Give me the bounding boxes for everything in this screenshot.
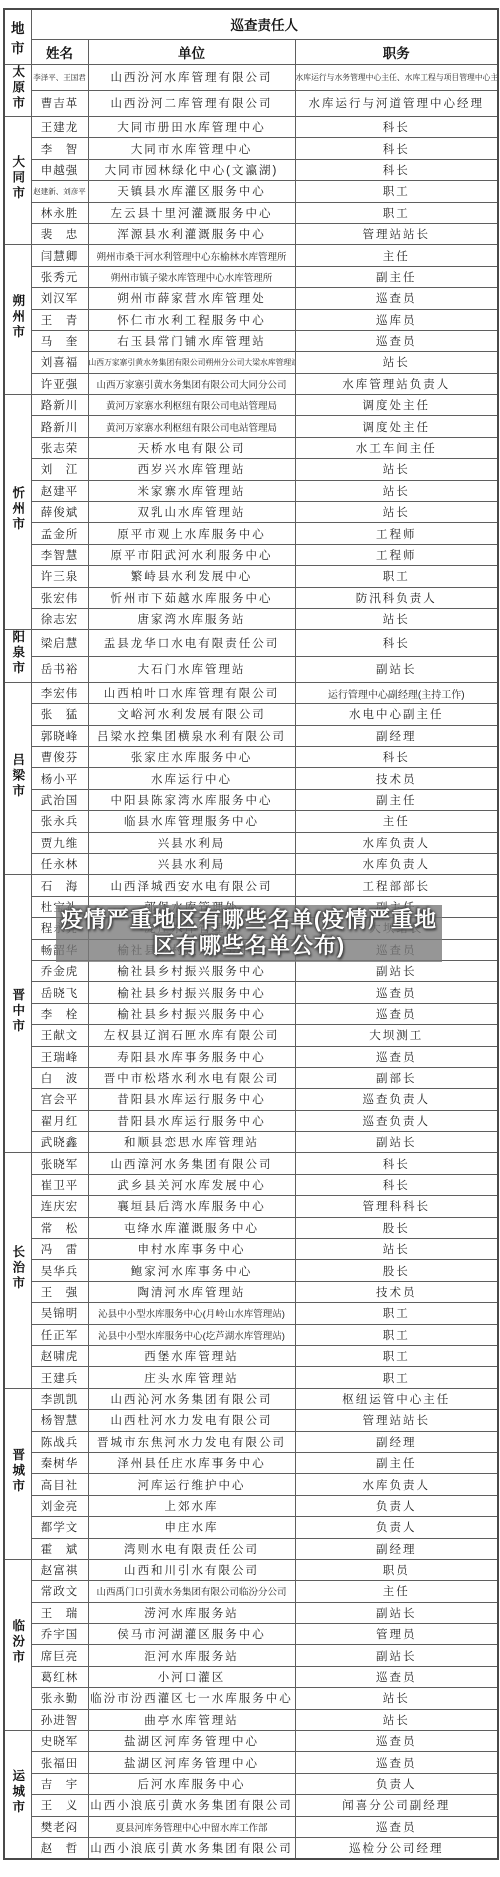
cell-unit: 山西和川引水有限公司 bbox=[88, 1559, 295, 1580]
cell-position: 站长 bbox=[295, 1709, 498, 1730]
table-row: 张宏伟忻州市下茹越水库服务中心防汛科负责人 bbox=[4, 587, 498, 608]
table-row: 郭晓峰吕梁水控集团横泉水利有限公司副经理 bbox=[4, 725, 498, 746]
cell-position: 防汛科负责人 bbox=[295, 587, 498, 608]
table-row: 翟月红昔阳县水库运行服务中心巡查负责人 bbox=[4, 1110, 498, 1131]
cell-position: 巡检分公司经理 bbox=[295, 1837, 498, 1858]
cell-position: 巡查员 bbox=[295, 1731, 498, 1752]
table-row: 路新川黄河万家寨水利枢纽有限公司电站管理局调度处主任 bbox=[4, 416, 498, 437]
cell-unit: 河库运行维护中心 bbox=[88, 1474, 295, 1495]
table-row: 常 松屯绛水库灌溉服务中心股长 bbox=[4, 1217, 498, 1238]
cell-position: 水库运行与河道管理中心经理 bbox=[295, 90, 498, 116]
cell-name: 薛俊斌 bbox=[31, 502, 88, 523]
cell-name: 王 青 bbox=[31, 309, 88, 330]
table-row: 席巨亮洰河水库服务站副站长 bbox=[4, 1645, 498, 1666]
table-row: 刘汉军朔州市薛家营水库管理处巡查员 bbox=[4, 288, 498, 309]
cell-unit: 榆社县乡村振兴服务中心 bbox=[88, 960, 295, 981]
table-row: 张 猛文峪河水利发展有限公司水电中心副主任 bbox=[4, 704, 498, 725]
cell-name: 李凯凯 bbox=[31, 1388, 88, 1409]
cell-name: 常 松 bbox=[31, 1217, 88, 1238]
cell-name: 翟月红 bbox=[31, 1110, 88, 1131]
cell-position: 科长 bbox=[295, 117, 498, 138]
cell-position: 工程师 bbox=[295, 544, 498, 565]
cell-name: 梁启慧 bbox=[31, 630, 88, 656]
table-row: 临汾市赵富祺山西和川引水有限公司职员 bbox=[4, 1559, 498, 1580]
cell-position: 巡查员 bbox=[295, 1816, 498, 1837]
cell-position: 负责人 bbox=[295, 1495, 498, 1516]
cell-unit: 盐湖区河库务管理中心 bbox=[88, 1752, 295, 1773]
page: 地市 巡查责任人 姓名 单位 职务 太原市李泽平、王国君山西汾河水库管理有限公司… bbox=[0, 0, 500, 1877]
cell-position: 工程部部长 bbox=[295, 875, 498, 896]
table-row: 朔州市闫慧卿朔州市桑干河水利管理中心东榆林水库管理所主任 bbox=[4, 245, 498, 266]
cell-name: 岳晓飞 bbox=[31, 982, 88, 1003]
cell-name: 葛红林 bbox=[31, 1666, 88, 1687]
cell-name: 吴锦明 bbox=[31, 1303, 88, 1324]
cell-position: 管理站站长 bbox=[295, 1410, 498, 1431]
cell-name: 李 智 bbox=[31, 138, 88, 159]
cell-name: 杨智慧 bbox=[31, 1410, 88, 1431]
cell-name: 闫慧卿 bbox=[31, 245, 88, 266]
cell-unit: 张家庄水库服务中心 bbox=[88, 747, 295, 768]
cell-unit: 山西沁河水务集团有限公司 bbox=[88, 1388, 295, 1409]
cell-position: 站长 bbox=[295, 459, 498, 480]
cell-position: 副站长 bbox=[295, 1602, 498, 1623]
cell-position: 巡查员 bbox=[295, 330, 498, 351]
cell-position: 职工 bbox=[295, 1324, 498, 1345]
cell-name: 张永兵 bbox=[31, 811, 88, 832]
table-row: 冯 雷申村水库事务中心站长 bbox=[4, 1239, 498, 1260]
cell-unit: 侯马市河湖灌区服务中心 bbox=[88, 1624, 295, 1645]
city-label: 忻州市 bbox=[4, 395, 31, 630]
column-header-city: 地市 bbox=[4, 9, 31, 64]
table-row: 孟金所原平市观上水库服务中心工程师 bbox=[4, 523, 498, 544]
cell-position: 管理站站长 bbox=[295, 223, 498, 244]
cell-unit: 米家寨水库管理站 bbox=[88, 480, 295, 501]
cell-position: 闻喜分公司副经理 bbox=[295, 1795, 498, 1816]
cell-position: 大坝测工 bbox=[295, 1025, 498, 1046]
cell-position: 水库管理站负责人 bbox=[295, 373, 498, 394]
cell-position: 管理科科长 bbox=[295, 1196, 498, 1217]
cell-unit: 大同市册田水库管理中心 bbox=[88, 117, 295, 138]
cell-position: 巡查员 bbox=[295, 982, 498, 1003]
cell-name: 贾九维 bbox=[31, 832, 88, 853]
cell-unit: 兴县水利局 bbox=[88, 832, 295, 853]
cell-name: 张志荣 bbox=[31, 437, 88, 458]
table-row: 赵建平米家寨水库管理站站长 bbox=[4, 480, 498, 501]
cell-name: 赵富祺 bbox=[31, 1559, 88, 1580]
cell-name: 吴华兵 bbox=[31, 1260, 88, 1281]
cell-unit: 浑源县水利灌溉服务中心 bbox=[88, 223, 295, 244]
cell-position: 副部长 bbox=[295, 1067, 498, 1088]
table-row: 王瑞峰寿阳县水库事务服务中心巡查员 bbox=[4, 1046, 498, 1067]
cell-unit: 沁县中小型水库服务中心(月岭山水库管理站) bbox=[88, 1303, 295, 1324]
city-label: 晋中市 bbox=[4, 875, 31, 1153]
cell-name: 武晓鑫 bbox=[31, 1132, 88, 1153]
cell-name: 张永勤 bbox=[31, 1688, 88, 1709]
table-row: 运城市史晓军盐湖区河库务管理中心巡查员 bbox=[4, 1731, 498, 1752]
cell-name: 吉 宇 bbox=[31, 1773, 88, 1794]
table-row: 葛红林小河口灌区巡查员 bbox=[4, 1666, 498, 1687]
cell-position: 职工 bbox=[295, 1345, 498, 1366]
cell-name: 刘金亮 bbox=[31, 1495, 88, 1516]
table-row: 曹吉革山西汾河二库管理有限公司水库运行与河道管理中心经理 bbox=[4, 90, 498, 116]
table-row: 晋中市石 海山西泽城西安水电有限公司工程部部长 bbox=[4, 875, 498, 896]
cell-name: 许三泉 bbox=[31, 566, 88, 587]
cell-position: 负责人 bbox=[295, 1517, 498, 1538]
cell-name: 杨小平 bbox=[31, 768, 88, 789]
cell-name: 王瑞峰 bbox=[31, 1046, 88, 1067]
cell-name: 常政文 bbox=[31, 1581, 88, 1602]
table-row: 马 奎右玉县常门铺水库管理站巡查员 bbox=[4, 330, 498, 351]
cell-name: 任正军 bbox=[31, 1324, 88, 1345]
cell-name: 张秀元 bbox=[31, 266, 88, 287]
cell-position: 股长 bbox=[295, 1260, 498, 1281]
cell-position: 技术员 bbox=[295, 1281, 498, 1302]
cell-name: 樊老闷 bbox=[31, 1816, 88, 1837]
table-row: 岳晓飞榆社县乡村振兴服务中心巡查员 bbox=[4, 982, 498, 1003]
column-header-inspectors: 巡查责任人 bbox=[31, 9, 498, 39]
cell-unit: 临汾市汾西灌区七一水库服务中心 bbox=[88, 1688, 295, 1709]
cell-unit: 兴县水利局 bbox=[88, 854, 295, 875]
cell-position: 副站长 bbox=[295, 656, 498, 682]
cell-position: 水库负责人 bbox=[295, 1474, 498, 1495]
cell-position: 科长 bbox=[295, 1174, 498, 1195]
cell-unit: 山西万家寨引黄水务集团有限公司大同分公司 bbox=[88, 373, 295, 394]
cell-unit: 涝河水库服务站 bbox=[88, 1602, 295, 1623]
cell-position: 职工 bbox=[295, 1367, 498, 1388]
cell-unit: 山西漳河水务集团有限公司 bbox=[88, 1153, 295, 1174]
table-row: 宫会平昔阳县水库运行服务中心巡查负责人 bbox=[4, 1089, 498, 1110]
cell-name: 曹吉革 bbox=[31, 90, 88, 116]
cell-unit: 榆社县乡村振兴服务中心 bbox=[88, 1003, 295, 1024]
cell-name: 都学文 bbox=[31, 1517, 88, 1538]
cell-name: 许亚强 bbox=[31, 373, 88, 394]
city-label: 朔州市 bbox=[4, 245, 31, 395]
cell-unit: 盐湖区河库务管理中心 bbox=[88, 1731, 295, 1752]
table-row: 申越强大同市园林绿化中心(文瀛湖)科长 bbox=[4, 159, 498, 180]
table-row: 许三泉繁峙县水利发展中心职工 bbox=[4, 566, 498, 587]
cell-position: 巡查员 bbox=[295, 1752, 498, 1773]
table-row: 张永勤临汾市汾西灌区七一水库服务中心站长 bbox=[4, 1688, 498, 1709]
cell-name: 白 波 bbox=[31, 1067, 88, 1088]
cell-unit: 夏县河库务管理中心中留水库工作部 bbox=[88, 1816, 295, 1837]
table-row: 张永兵临县水库管理服务中心主任 bbox=[4, 811, 498, 832]
table-row: 岳书裕大石门水库管理站副站长 bbox=[4, 656, 498, 682]
table-row: 任永林兴县水利局水库负责人 bbox=[4, 854, 498, 875]
table-row: 晋城市李凯凯山西沁河水务集团有限公司枢纽运管中心主任 bbox=[4, 1388, 498, 1409]
cell-unit: 山西柏叶口水库管理有限公司 bbox=[88, 682, 295, 703]
cell-unit: 大石门水库管理站 bbox=[88, 656, 295, 682]
cell-unit: 西岁兴水库管理站 bbox=[88, 459, 295, 480]
table-row: 杨小平水库运行中心技术员 bbox=[4, 768, 498, 789]
table-row: 林永胜左云县十里河灌溉服务中心职工 bbox=[4, 202, 498, 223]
cell-name: 马 奎 bbox=[31, 330, 88, 351]
table-row: 武晓鑫和顺县恋思水库管理站副站长 bbox=[4, 1132, 498, 1153]
cell-position: 巡查负责人 bbox=[295, 1089, 498, 1110]
cell-unit: 繁峙县水利发展中心 bbox=[88, 566, 295, 587]
table-row: 薛俊斌双乳山水库管理站站长 bbox=[4, 502, 498, 523]
cell-unit: 申庄水库 bbox=[88, 1517, 295, 1538]
cell-unit: 榆社县乡村振兴服务中心 bbox=[88, 982, 295, 1003]
cell-unit: 大同市水库管理中心 bbox=[88, 138, 295, 159]
table-row: 贾九维兴县水利局水库负责人 bbox=[4, 832, 498, 853]
table-row: 吴华兵鲍家河水库事务中心股长 bbox=[4, 1260, 498, 1281]
cell-position: 枢纽运管中心主任 bbox=[295, 1388, 498, 1409]
cell-position: 技术员 bbox=[295, 768, 498, 789]
cell-position: 站长 bbox=[295, 1688, 498, 1709]
cell-unit: 山西小浪底引黄水务集团有限公司 bbox=[88, 1837, 295, 1858]
cell-position: 站长 bbox=[295, 352, 498, 373]
table-row: 王献文左权县辽润石匣水库有限公司大坝测工 bbox=[4, 1025, 498, 1046]
cell-name: 刘 江 bbox=[31, 459, 88, 480]
cell-unit: 朔州市薛家营水库管理处 bbox=[88, 288, 295, 309]
column-header-unit: 单位 bbox=[88, 39, 295, 64]
cell-unit: 山西万家寨引黄水务集团有限公司朔州分公司大梁水库管理站 bbox=[88, 352, 295, 373]
cell-name: 路新川 bbox=[31, 416, 88, 437]
cell-name: 席巨亮 bbox=[31, 1645, 88, 1666]
cell-unit: 左云县十里河灌溉服务中心 bbox=[88, 202, 295, 223]
cell-name: 林永胜 bbox=[31, 202, 88, 223]
table-row: 吴锦明沁县中小型水库服务中心(月岭山水库管理站)职工 bbox=[4, 1303, 498, 1324]
cell-unit: 右玉县常门铺水库管理站 bbox=[88, 330, 295, 351]
cell-name: 王 强 bbox=[31, 1281, 88, 1302]
table-row: 张秀元朔州市镇子梁水库管理中心水库管理所副主任 bbox=[4, 266, 498, 287]
cell-name: 郭晓峰 bbox=[31, 725, 88, 746]
table-row: 王 青怀仁市水利工程服务中心巡库员 bbox=[4, 309, 498, 330]
cell-unit: 怀仁市水利工程服务中心 bbox=[88, 309, 295, 330]
cell-unit: 唐家湾水库服务站 bbox=[88, 608, 295, 629]
cell-unit: 庄头水库管理站 bbox=[88, 1367, 295, 1388]
watermark-overlay: 疫情严重地区有哪些名单(疫情严重地 区有哪些名单公布) bbox=[56, 905, 442, 962]
table-row: 赵 哲山西小浪底引黄水务集团有限公司巡检分公司经理 bbox=[4, 1837, 498, 1858]
cell-position: 副站长 bbox=[295, 1132, 498, 1153]
cell-name: 王建兵 bbox=[31, 1367, 88, 1388]
cell-unit: 黄河万家寨水利枢纽有限公司电站管理局 bbox=[88, 395, 295, 416]
cell-position: 主任 bbox=[295, 811, 498, 832]
cell-name: 乔宇国 bbox=[31, 1624, 88, 1645]
cell-name: 武治国 bbox=[31, 789, 88, 810]
cell-position: 水库负责人 bbox=[295, 832, 498, 853]
cell-unit: 上郊水库 bbox=[88, 1495, 295, 1516]
watermark-line-2: 区有哪些名单公布) bbox=[56, 933, 442, 959]
cell-name: 刘喜福 bbox=[31, 352, 88, 373]
table-row: 王 强陶清河水库管理站技术员 bbox=[4, 1281, 498, 1302]
table-row: 武治国中阳县陈家湾水库服务中心副主任 bbox=[4, 789, 498, 810]
table-row: 张福田盐湖区河库务管理中心巡查员 bbox=[4, 1752, 498, 1773]
table-row: 任正军沁县中小型水库服务中心(圪芦湖水库管理站)职工 bbox=[4, 1324, 498, 1345]
cell-position: 水电中心副主任 bbox=[295, 704, 498, 725]
cell-position: 职工 bbox=[295, 181, 498, 202]
cell-unit: 和顺县恋思水库管理站 bbox=[88, 1132, 295, 1153]
table-row: 吉 宇后河水库服务中心负责人 bbox=[4, 1773, 498, 1794]
cell-position: 水工车间主任 bbox=[295, 437, 498, 458]
city-label: 阳泉市 bbox=[4, 630, 31, 683]
cell-name: 孙进智 bbox=[31, 1709, 88, 1730]
cell-name: 申越强 bbox=[31, 159, 88, 180]
cell-position: 巡库员 bbox=[295, 309, 498, 330]
cell-unit: 寿阳县水库事务服务中心 bbox=[88, 1046, 295, 1067]
table-row: 连庆宏襄垣县后湾水库服务中心管理科科长 bbox=[4, 1196, 498, 1217]
cell-unit: 山西汾河二库管理有限公司 bbox=[88, 90, 295, 116]
cell-position: 巡查负责人 bbox=[295, 1110, 498, 1131]
cell-name: 陈战兵 bbox=[31, 1431, 88, 1452]
cell-unit: 大同市园林绿化中心(文瀛湖) bbox=[88, 159, 295, 180]
cell-position: 站长 bbox=[295, 608, 498, 629]
city-label: 运城市 bbox=[4, 1731, 31, 1859]
cell-position: 副站长 bbox=[295, 1645, 498, 1666]
cell-name: 岳书裕 bbox=[31, 656, 88, 682]
cell-position: 巡查员 bbox=[295, 1046, 498, 1067]
city-label: 太原市 bbox=[4, 64, 31, 117]
cell-position: 巡查员 bbox=[295, 1003, 498, 1024]
cell-position: 站长 bbox=[295, 502, 498, 523]
table-row: 王 义山西小浪底引黄水务集团有限公司闻喜分公司副经理 bbox=[4, 1795, 498, 1816]
cell-name: 赵建平 bbox=[31, 480, 88, 501]
cell-unit: 屯绛水库灌溉服务中心 bbox=[88, 1217, 295, 1238]
cell-name: 石 海 bbox=[31, 875, 88, 896]
cell-unit: 襄垣县后湾水库服务中心 bbox=[88, 1196, 295, 1217]
cell-unit: 左权县辽润石匣水库有限公司 bbox=[88, 1025, 295, 1046]
cell-unit: 水库运行中心 bbox=[88, 768, 295, 789]
cell-unit: 申村水库事务中心 bbox=[88, 1239, 295, 1260]
column-header-name: 姓名 bbox=[31, 39, 88, 64]
table-row: 许亚强山西万家寨引黄水务集团有限公司大同分公司水库管理站负责人 bbox=[4, 373, 498, 394]
table-row: 樊老闷夏县河库务管理中心中留水库工作部巡查员 bbox=[4, 1816, 498, 1837]
cell-unit: 山西小浪底引黄水务集团有限公司 bbox=[88, 1795, 295, 1816]
cell-position: 管理员 bbox=[295, 1624, 498, 1645]
cell-name: 赵 哲 bbox=[31, 1837, 88, 1858]
cell-position: 副经理 bbox=[295, 1431, 498, 1452]
cell-unit: 晋中市松塔水利水电有限公司 bbox=[88, 1067, 295, 1088]
cell-name: 宫会平 bbox=[31, 1089, 88, 1110]
table-row: 王建兵庄头水库管理站职工 bbox=[4, 1367, 498, 1388]
cell-unit: 洰河水库服务站 bbox=[88, 1645, 295, 1666]
cell-unit: 泽州县任庄水库事务中心 bbox=[88, 1452, 295, 1473]
cell-position: 副主任 bbox=[295, 789, 498, 810]
cell-position: 副经理 bbox=[295, 1538, 498, 1559]
cell-unit: 吕梁水控集团横泉水利有限公司 bbox=[88, 725, 295, 746]
table-row: 孙进智曲亭水库管理站站长 bbox=[4, 1709, 498, 1730]
cell-name: 赵啸虎 bbox=[31, 1345, 88, 1366]
watermark-line-1: 疫情严重地区有哪些名单(疫情严重地 bbox=[56, 907, 442, 933]
cell-position: 副经理 bbox=[295, 725, 498, 746]
table-row: 徐志宏唐家湾水库服务站站长 bbox=[4, 608, 498, 629]
cell-position: 科长 bbox=[295, 138, 498, 159]
cell-unit: 盂县龙华口水电有限责任公司 bbox=[88, 630, 295, 656]
cell-name: 王献文 bbox=[31, 1025, 88, 1046]
cell-unit: 临县水库管理服务中心 bbox=[88, 811, 295, 832]
cell-position: 巡查员 bbox=[295, 1666, 498, 1687]
city-label: 大同市 bbox=[4, 117, 31, 245]
cell-unit: 山西禹门口引黄水务集团有限公司临汾分公司 bbox=[88, 1581, 295, 1602]
cell-unit: 天桥水电有限公司 bbox=[88, 437, 295, 458]
table-row: 长治市张晓军山西漳河水务集团有限公司科长 bbox=[4, 1153, 498, 1174]
cell-name: 路新川 bbox=[31, 395, 88, 416]
cell-position: 负责人 bbox=[295, 1773, 498, 1794]
column-header-position: 职务 bbox=[295, 39, 498, 64]
table-row: 霍 斌湾则水电有限责任公司副经理 bbox=[4, 1538, 498, 1559]
cell-name: 冯 雷 bbox=[31, 1239, 88, 1260]
cell-name: 史晓军 bbox=[31, 1731, 88, 1752]
table-row: 高目社河库运行维护中心水库负责人 bbox=[4, 1474, 498, 1495]
cell-position: 职员 bbox=[295, 1559, 498, 1580]
cell-position: 主任 bbox=[295, 1581, 498, 1602]
cell-position: 科长 bbox=[295, 630, 498, 656]
table-row: 阳泉市梁启慧盂县龙华口水电有限责任公司科长 bbox=[4, 630, 498, 656]
cell-unit: 武乡县关河水库发展中心 bbox=[88, 1174, 295, 1195]
cell-position: 职工 bbox=[295, 202, 498, 223]
table-row: 刘 江西岁兴水库管理站站长 bbox=[4, 459, 498, 480]
cell-name: 连庆宏 bbox=[31, 1196, 88, 1217]
cell-name: 张晓军 bbox=[31, 1153, 88, 1174]
cell-name: 刘汉军 bbox=[31, 288, 88, 309]
cell-unit: 黄河万家寨水利枢纽有限公司电站管理局 bbox=[88, 416, 295, 437]
cell-position: 科长 bbox=[295, 1153, 498, 1174]
table-row: 陈战兵晋城市东焦河水力发电有限公司副经理 bbox=[4, 1431, 498, 1452]
table-row: 李 智大同市水库管理中心科长 bbox=[4, 138, 498, 159]
cell-unit: 鲍家河水库事务中心 bbox=[88, 1260, 295, 1281]
table-row: 刘喜福山西万家寨引黄水务集团有限公司朔州分公司大梁水库管理站站长 bbox=[4, 352, 498, 373]
table-row: 太原市李泽平、王国君山西汾河水库管理有限公司水库运行与水务管理中心主任、水库工程… bbox=[4, 64, 498, 90]
cell-unit: 沁县中小型水库服务中心(圪芦湖水库管理站) bbox=[88, 1324, 295, 1345]
cell-name: 李宏伟 bbox=[31, 682, 88, 703]
cell-unit: 天镇县水库灌区服务中心 bbox=[88, 181, 295, 202]
cell-position: 副主任 bbox=[295, 1452, 498, 1473]
table-row: 秦树华泽州县任庄水库事务中心副主任 bbox=[4, 1452, 498, 1473]
table-row: 大同市王建龙大同市册田水库管理中心科长 bbox=[4, 117, 498, 138]
cell-position: 调度处主任 bbox=[295, 395, 498, 416]
table-row: 张志荣天桥水电有限公司水工车间主任 bbox=[4, 437, 498, 458]
cell-unit: 曲亭水库管理站 bbox=[88, 1709, 295, 1730]
cell-name: 裴 忠 bbox=[31, 223, 88, 244]
cell-name: 高目社 bbox=[31, 1474, 88, 1495]
cell-name: 张福田 bbox=[31, 1752, 88, 1773]
cell-position: 股长 bbox=[295, 1217, 498, 1238]
cell-unit: 山西杜河水力发电有限公司 bbox=[88, 1410, 295, 1431]
table-row: 曹俊芬张家庄水库服务中心科长 bbox=[4, 747, 498, 768]
cell-name: 孟金所 bbox=[31, 523, 88, 544]
cell-unit: 小河口灌区 bbox=[88, 1666, 295, 1687]
table-row: 忻州市路新川黄河万家寨水利枢纽有限公司电站管理局调度处主任 bbox=[4, 395, 498, 416]
cell-name: 乔金虎 bbox=[31, 960, 88, 981]
table-row: 崔卫平武乡县关河水库发展中心科长 bbox=[4, 1174, 498, 1195]
table-row: 杨智慧山西杜河水力发电有限公司管理站站长 bbox=[4, 1410, 498, 1431]
cell-position: 职工 bbox=[295, 1303, 498, 1324]
cell-position: 站长 bbox=[295, 480, 498, 501]
table-header: 地市 巡查责任人 姓名 单位 职务 bbox=[4, 9, 498, 64]
cell-unit: 昔阳县水库运行服务中心 bbox=[88, 1110, 295, 1131]
cell-name: 张 猛 bbox=[31, 704, 88, 725]
table-row: 王 瑞涝河水库服务站副站长 bbox=[4, 1602, 498, 1623]
cell-position: 工程师 bbox=[295, 523, 498, 544]
cell-name: 曹俊芬 bbox=[31, 747, 88, 768]
cell-unit: 朔州市桑干河水利管理中心东榆林水库管理所 bbox=[88, 245, 295, 266]
cell-position: 水库运行与水务管理中心主任、水库工程与项目管理中心主任 bbox=[295, 64, 498, 90]
cell-unit: 中阳县陈家湾水库服务中心 bbox=[88, 789, 295, 810]
cell-position: 调度处主任 bbox=[295, 416, 498, 437]
cell-name: 王 义 bbox=[31, 1795, 88, 1816]
cell-unit: 西堡水库管理站 bbox=[88, 1345, 295, 1366]
cell-position: 科长 bbox=[295, 747, 498, 768]
cell-unit: 原平市阳武河水利服务中心 bbox=[88, 544, 295, 565]
table-row: 赵啸虎西堡水库管理站职工 bbox=[4, 1345, 498, 1366]
cell-position: 科长 bbox=[295, 159, 498, 180]
city-label: 临汾市 bbox=[4, 1559, 31, 1730]
cell-unit: 文峪河水利发展有限公司 bbox=[88, 704, 295, 725]
city-label: 晋城市 bbox=[4, 1388, 31, 1559]
cell-position: 水库负责人 bbox=[295, 854, 498, 875]
cell-name: 秦树华 bbox=[31, 1452, 88, 1473]
table-row: 刘金亮上郊水库负责人 bbox=[4, 1495, 498, 1516]
